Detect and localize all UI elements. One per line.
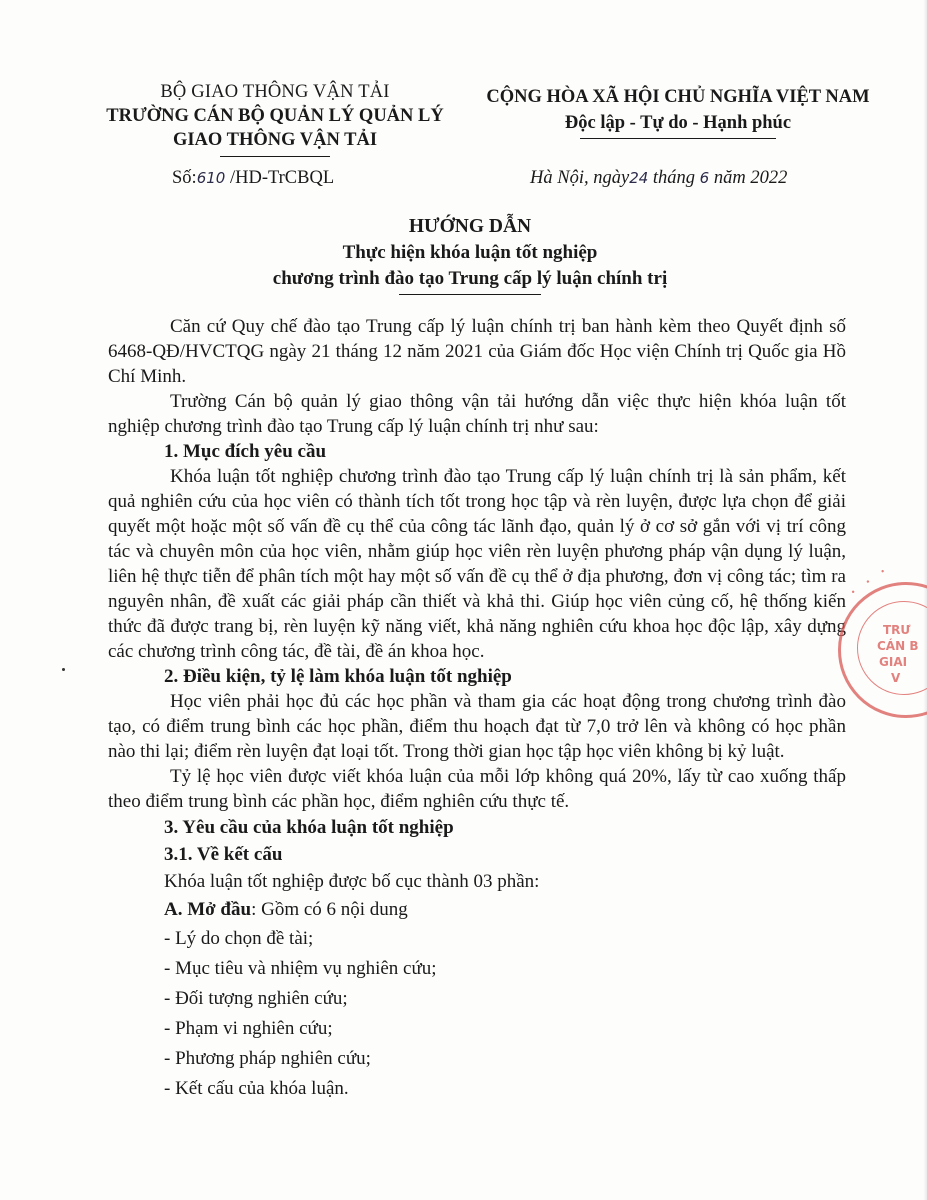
document-title: HƯỚNG DẪN Thực hiện khóa luận tốt nghiệp… [100, 214, 840, 295]
part-a-line: A. Mở đầu: Gồm có 6 nội dung [108, 896, 846, 924]
part-a-text: : Gồm có 6 nội dung [251, 899, 408, 920]
date-month-label: tháng [648, 168, 699, 188]
list-item: - Phương pháp nghiên cứu; [108, 1044, 846, 1074]
issuing-agency: BỘ GIAO THÔNG VẬN TẢI TRƯỜNG CÁN BỘ QUẢN… [100, 80, 450, 157]
title-line2: Thực hiện khóa luận tốt nghiệp [100, 240, 840, 266]
title-line3: chương trình đào tạo Trung cấp lý luận c… [100, 266, 840, 292]
intro-paragraph-2: Trường Cán bộ quản lý giao thông vận tải… [108, 389, 846, 439]
section-1-heading: 1. Mục đích yêu cầu [108, 439, 846, 464]
national-motto: Độc lập - Tự do - Hạnh phúc [458, 110, 898, 136]
date-place: Hà Nội, ngày [530, 168, 629, 188]
stamp-dots: • • • [849, 563, 893, 598]
motto-underline [580, 138, 776, 139]
doc-number-prefix: Số: [172, 168, 197, 188]
document-page: BỘ GIAO THÔNG VẬN TẢI TRƯỜNG CÁN BỘ QUẢN… [0, 0, 927, 1200]
red-seal-stamp: • • • TRƯ CÁN B GIAI V [838, 582, 927, 718]
list-item: - Lý do chọn đề tài; [108, 924, 846, 954]
list-item: - Phạm vi nghiên cứu; [108, 1014, 846, 1044]
section-3-heading: 3. Yêu cầu của khóa luận tốt nghiệp [108, 814, 846, 841]
ministry-name: BỘ GIAO THÔNG VẬN TẢI [100, 80, 450, 104]
date-day-handwritten: 24 [629, 169, 648, 187]
agency-underline [220, 156, 330, 157]
section-3-1-heading: 3.1. Về kết cấu [108, 841, 846, 868]
list-item: - Đối tượng nghiên cứu; [108, 984, 846, 1014]
document-number: Số:610 /HD-TrCBQL [172, 168, 334, 189]
stamp-text-4: V [891, 671, 900, 685]
date-month-handwritten: 6 [700, 169, 710, 187]
stamp-text-1: TRƯ [883, 623, 910, 637]
document-body: Căn cứ Quy chế đào tạo Trung cấp lý luận… [108, 310, 846, 1104]
part-a-label: A. Mở đầu [164, 899, 251, 920]
national-heading: CỘNG HÒA XÃ HỘI CHỦ NGHĨA VIỆT NAM Độc l… [458, 84, 898, 139]
section-2-text-2: Tỷ lệ học viên được viết khóa luận của m… [108, 764, 846, 814]
school-name-line2: GIAO THÔNG VẬN TẢI [100, 128, 450, 152]
title-main: HƯỚNG DẪN [100, 214, 840, 240]
title-underline [399, 294, 541, 295]
document-date: Hà Nội, ngày24 tháng 6 năm 2022 [530, 168, 787, 189]
section-2-heading: 2. Điều kiện, tỷ lệ làm khóa luận tốt ng… [108, 664, 846, 689]
date-year: năm 2022 [709, 168, 787, 188]
intro-paragraph-1: Căn cứ Quy chế đào tạo Trung cấp lý luận… [108, 314, 846, 389]
stamp-text-2: CÁN B [877, 639, 918, 653]
country-name: CỘNG HÒA XÃ HỘI CHỦ NGHĨA VIỆT NAM [458, 84, 898, 110]
stamp-text-3: GIAI [879, 655, 907, 669]
scan-speck [62, 668, 65, 671]
school-name-line1: TRƯỜNG CÁN BỘ QUẢN LÝ QUẢN LÝ [100, 104, 450, 128]
list-item: - Kết cấu của khóa luận. [108, 1074, 846, 1104]
section-2-text-1: Học viên phải học đủ các học phần và tha… [108, 689, 846, 764]
section-1-text: Khóa luận tốt nghiệp chương trình đào tạ… [108, 464, 846, 664]
doc-number-handwritten: 610 [197, 169, 226, 187]
doc-number-suffix: /HD-TrCBQL [225, 168, 334, 188]
section-3-1-text: Khóa luận tốt nghiệp được bố cục thành 0… [108, 868, 846, 896]
list-item: - Mục tiêu và nhiệm vụ nghiên cứu; [108, 954, 846, 984]
